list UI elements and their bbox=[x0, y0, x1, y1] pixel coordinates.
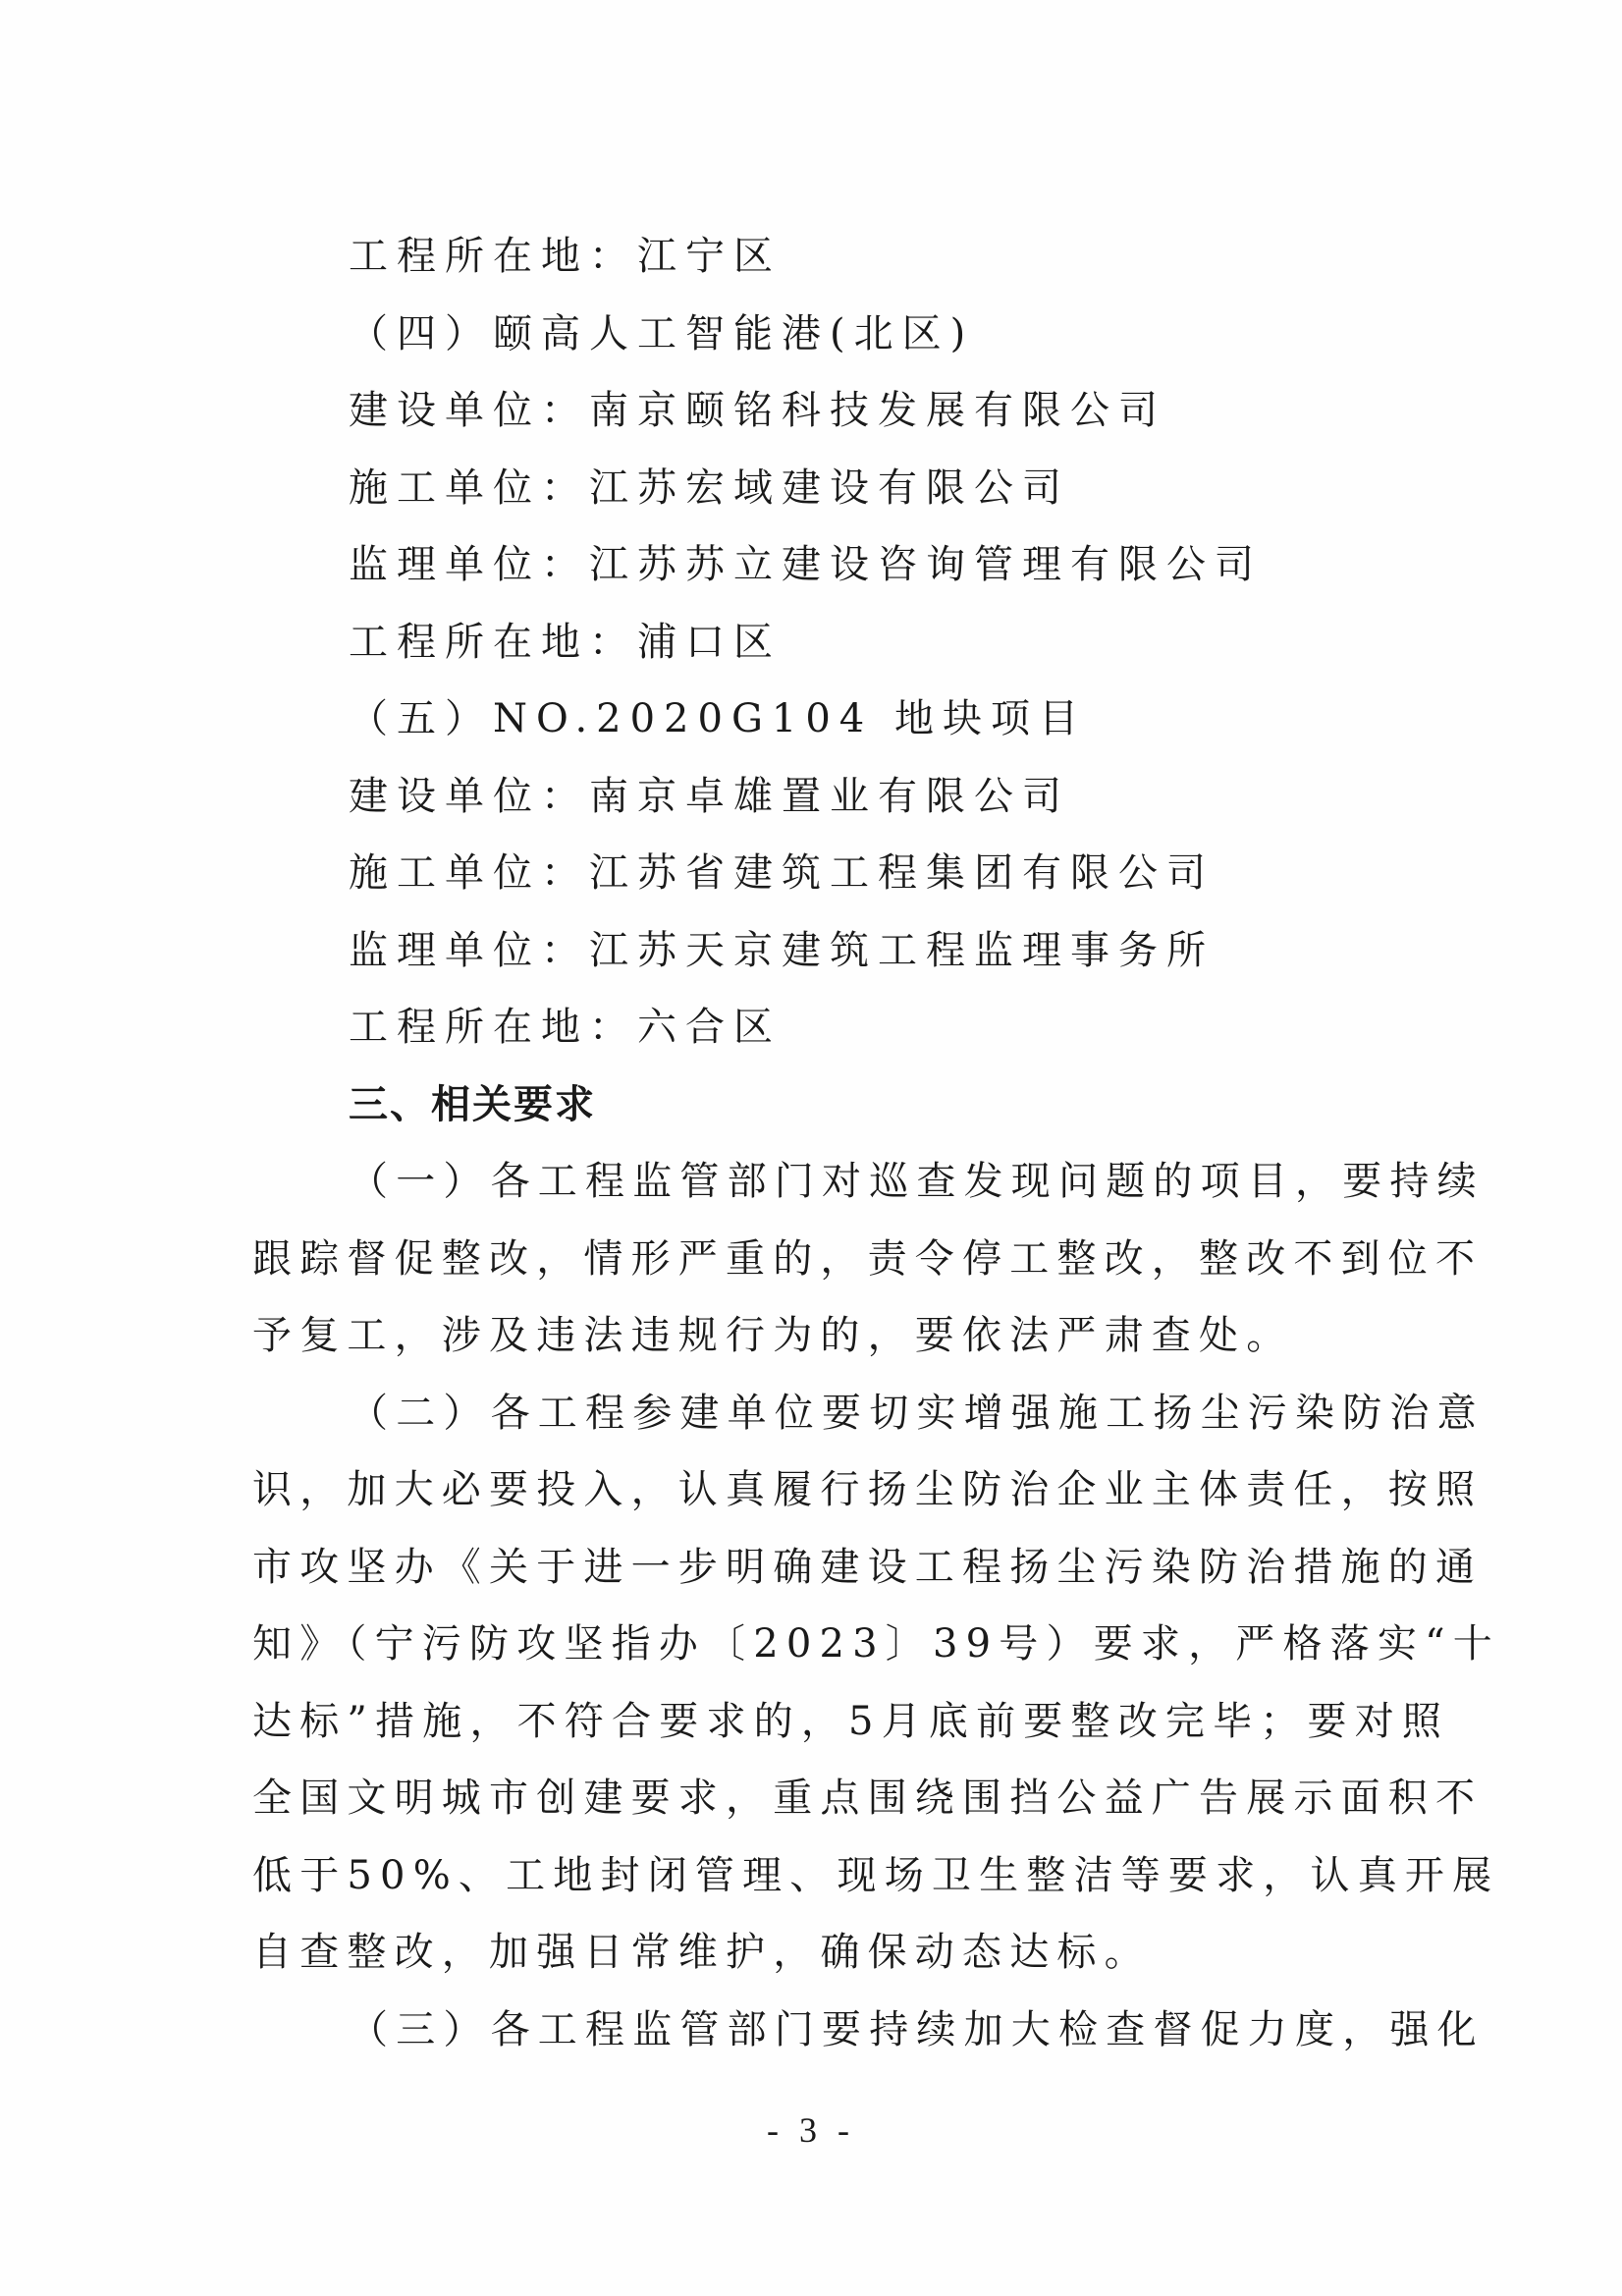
paragraph-line: 达标”措施，不符合要求的，5月底前要整改完毕；要对照 bbox=[252, 1683, 1409, 1761]
requirement-paragraph-2: （二）各工程参建单位要切实增强施工扬尘污染防治意 识，加大必要投入，认真履行扬尘… bbox=[349, 1375, 1409, 1992]
contractor-line: 施工单位：江苏省建筑工程集团有限公司 bbox=[349, 835, 1409, 912]
construction-owner-line: 建设单位：南京颐铭科技发展有限公司 bbox=[349, 372, 1409, 450]
project-location-line: 工程所在地：江宁区 bbox=[349, 218, 1409, 296]
paragraph-line: （一）各工程监管部门对巡查发现问题的项目，要持续 bbox=[349, 1143, 1409, 1221]
paragraph-line: （三）各工程监管部门要持续加大检查督促力度，强化 bbox=[349, 1992, 1409, 2069]
supervisor-line: 监理单位：江苏天京建筑工程监理事务所 bbox=[349, 912, 1409, 990]
paragraph-line: 自查整改，加强日常维护，确保动态达标。 bbox=[252, 1914, 1409, 1992]
requirement-paragraph-3: （三）各工程监管部门要持续加大检查督促力度，强化 bbox=[349, 1992, 1409, 2069]
document-body: 工程所在地：江宁区 （四）颐高人工智能港(北区) 建设单位：南京颐铭科技发展有限… bbox=[349, 218, 1409, 2068]
document-page: 工程所在地：江宁区 （四）颐高人工智能港(北区) 建设单位：南京颐铭科技发展有限… bbox=[0, 0, 1622, 2296]
paragraph-line: 全国文明城市创建要求，重点围绕围挡公益广告展示面积不 bbox=[252, 1760, 1409, 1837]
requirement-paragraph-1: （一）各工程监管部门对巡查发现问题的项目，要持续 跟踪督促整改，情形严重的，责令… bbox=[349, 1143, 1409, 1375]
supervisor-line: 监理单位：江苏苏立建设咨询管理有限公司 bbox=[349, 526, 1409, 604]
project-title-four: （四）颐高人工智能港(北区) bbox=[349, 296, 1409, 373]
contractor-line: 施工单位：江苏宏域建设有限公司 bbox=[349, 450, 1409, 527]
paragraph-line: （二）各工程参建单位要切实增强施工扬尘污染防治意 bbox=[349, 1375, 1409, 1452]
construction-owner-line: 建设单位：南京卓雄置业有限公司 bbox=[349, 758, 1409, 836]
section-heading-requirements: 三、相关要求 bbox=[349, 1066, 1409, 1144]
project-location-line: 工程所在地：浦口区 bbox=[349, 604, 1409, 682]
paragraph-line: 跟踪督促整改，情形严重的，责令停工整改，整改不到位不 bbox=[252, 1221, 1409, 1298]
project-location-line: 工程所在地：六合区 bbox=[349, 989, 1409, 1066]
paragraph-line: 识，加大必要投入，认真履行扬尘防治企业主体责任，按照 bbox=[252, 1451, 1409, 1529]
paragraph-line: 知》（宁污防攻坚指办〔2023〕39号）要求，严格落实“十 bbox=[252, 1606, 1409, 1683]
paragraph-line: 市攻坚办《关于进一步明确建设工程扬尘污染防治措施的通 bbox=[252, 1529, 1409, 1607]
project-title-five: （五）NO.2020G104 地块项目 bbox=[349, 681, 1409, 758]
paragraph-line: 低于50%、工地封闭管理、现场卫生整洁等要求，认真开展 bbox=[252, 1837, 1409, 1915]
page-number: - 3 - bbox=[0, 2109, 1622, 2151]
paragraph-line: 予复工，涉及违法违规行为的，要依法严肃查处。 bbox=[252, 1297, 1409, 1375]
